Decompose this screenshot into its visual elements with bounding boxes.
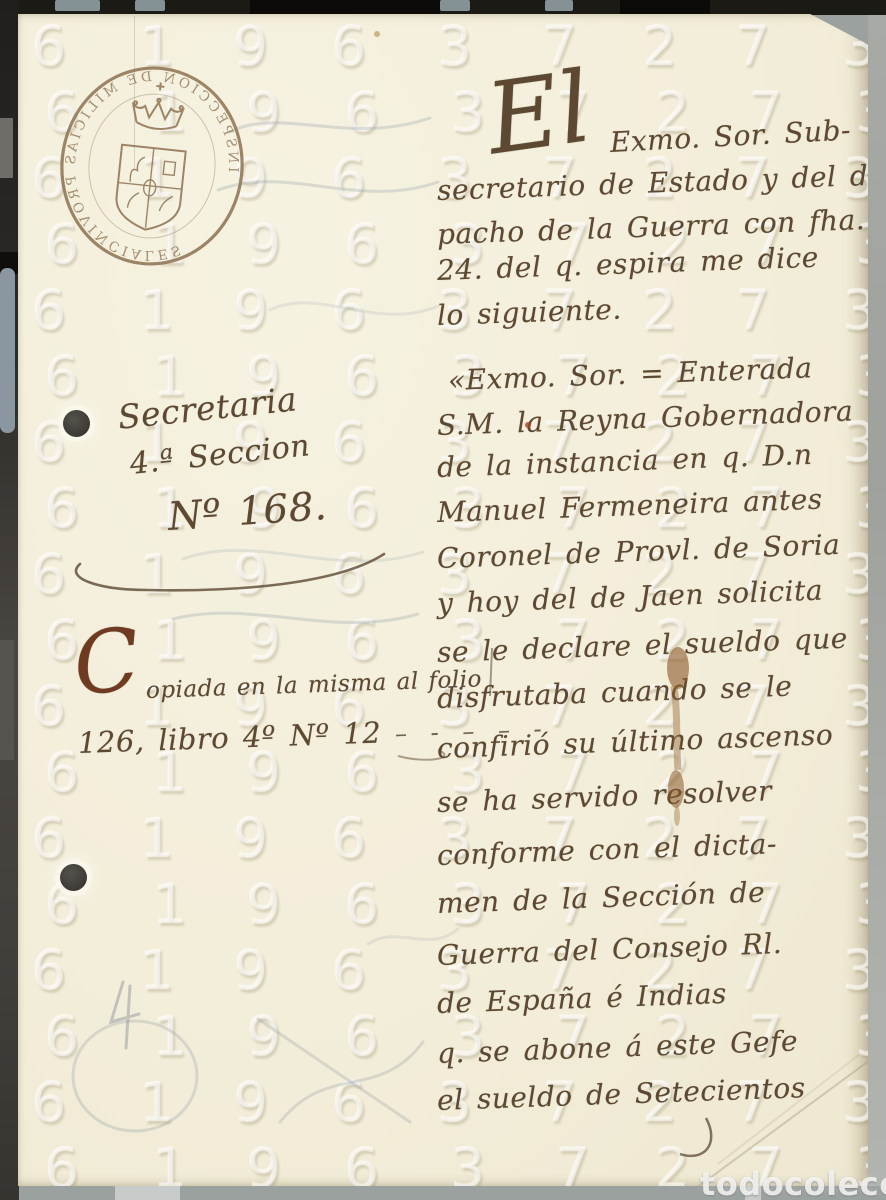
emboss-digit: 6: [345, 350, 380, 405]
emboss-digit: 3: [451, 1142, 486, 1186]
manuscript-line: disfrutaba cuando se le: [436, 670, 792, 715]
emboss-digit: 6: [332, 1076, 367, 1131]
office-line-secretaria: Secretaria: [116, 379, 299, 437]
edge-debris: [55, 0, 100, 11]
punch-hole: [63, 410, 90, 437]
emboss-digit: 6: [332, 944, 367, 999]
office-line-number: Nº 168.: [166, 484, 328, 540]
emboss-digit: 6: [32, 416, 67, 471]
emboss-digit: 9: [247, 218, 282, 273]
scanned-document: 6196372736196372736196372736196372736196…: [0, 0, 886, 1200]
emboss-digit: 6: [345, 218, 380, 273]
emboss-digit: 6: [32, 284, 67, 339]
emboss-digit: 7: [556, 1142, 591, 1186]
official-stamp: INSPECCION DE MILICIAS PROVINCIALES: [43, 50, 260, 281]
emboss-digit: 6: [332, 416, 367, 471]
emboss-digit: 6: [345, 746, 380, 801]
emboss-digit: 2: [643, 20, 678, 75]
emboss-digit: 9: [247, 614, 282, 669]
emboss-digit: 6: [45, 482, 80, 537]
emboss-digit: 6: [45, 1010, 80, 1065]
emboss-digit: 1: [153, 878, 188, 933]
edge-shadow: [620, 0, 710, 15]
emboss-digit: 3: [843, 812, 868, 867]
emboss-digit: 2: [656, 1142, 691, 1186]
emboss-digit: 1: [153, 1010, 188, 1065]
manuscript-line: q. se abone á este Gefe: [436, 1024, 798, 1070]
manuscript-line: men de la Sección de: [436, 876, 765, 920]
manuscript-page: 6196372736196372736196372736196372736196…: [18, 14, 868, 1186]
manuscript-line: Exmo. Sor. Sub-: [609, 113, 852, 159]
emboss-digit: 1: [153, 614, 188, 669]
manuscript-line: y hoy del de Jaen solicita: [436, 574, 823, 620]
emboss-digit: 1: [140, 812, 175, 867]
emboss-digit: 3: [856, 746, 868, 801]
edge-debris: [440, 0, 470, 11]
emboss-digit: 6: [45, 746, 80, 801]
emboss-digit: 3: [856, 878, 868, 933]
stamp-shield-icon: [113, 145, 185, 233]
flourish-underline: [56, 542, 396, 604]
emboss-digit: 3: [843, 284, 868, 339]
emboss-digit: 6: [332, 20, 367, 75]
emboss-digit: 3: [843, 1076, 868, 1131]
emboss-digit: 6: [32, 812, 67, 867]
emboss-digit: 3: [856, 350, 868, 405]
edge-debris: [0, 268, 15, 433]
emboss-digit: 6: [332, 812, 367, 867]
emboss-digit: 6: [45, 350, 80, 405]
manuscript-line: «Exmo. Sor. = Enterada: [447, 351, 813, 397]
manuscript-line: Manuel Fermeneira antes: [436, 483, 823, 529]
edge-highlight: [115, 1186, 180, 1200]
edge-debris: [135, 0, 165, 11]
emboss-digit: 3: [438, 20, 473, 75]
emboss-digit: 3: [856, 86, 868, 141]
body-opening-initial: El: [480, 50, 598, 177]
copy-note-initial: C: [69, 609, 145, 715]
manuscript-line: Coronel de Provl. de Soria: [436, 528, 840, 575]
manuscript-line: el sueldo de Setecientos: [436, 1071, 806, 1117]
emboss-digit: 3: [856, 1010, 868, 1065]
emboss-digit: 9: [234, 1076, 269, 1131]
emboss-digit: 3: [843, 20, 868, 75]
emboss-digit: 9: [247, 1010, 282, 1065]
copy-note-text: 126, libro 4º Nº 12: [77, 715, 381, 760]
emboss-digit: 3: [451, 86, 486, 141]
emboss-digit: 7: [736, 284, 771, 339]
emboss-digit: 6: [45, 1142, 80, 1186]
emboss-digit: 9: [234, 20, 269, 75]
emboss-digit: 9: [247, 878, 282, 933]
office-line-seccion: 4.ª Seccion: [128, 428, 311, 482]
emboss-digit: 1: [140, 944, 175, 999]
emboss-digit: 3: [856, 614, 868, 669]
emboss-digit: 6: [345, 1142, 380, 1186]
scan-edge-right: [868, 0, 886, 1200]
emboss-digit: 1: [140, 1076, 175, 1131]
emboss-digit: 6: [32, 680, 67, 735]
emboss-digit: 3: [843, 548, 868, 603]
edge-debris: [0, 640, 14, 760]
emboss-digit: 6: [32, 20, 67, 75]
emboss-digit: 3: [843, 680, 868, 735]
emboss-digit: 9: [234, 944, 269, 999]
manuscript-line: de España é Indias: [436, 977, 727, 1020]
manuscript-line: Guerra del Consejo Rl.: [436, 927, 782, 972]
emboss-digit: 6: [345, 482, 380, 537]
edge-shadow: [250, 0, 440, 15]
manuscript-line: se le declare el sueldo que: [436, 622, 848, 669]
emboss-digit: 3: [856, 482, 868, 537]
punch-hole: [60, 864, 87, 891]
emboss-digit: 6: [32, 1076, 67, 1131]
emboss-digit: 6: [332, 152, 367, 207]
emboss-digit: 6: [345, 878, 380, 933]
emboss-digit: 6: [345, 614, 380, 669]
manuscript-line: de la instancia en q. D.n: [436, 438, 813, 484]
manuscript-line: S.M. la Reyna Gobernadora: [436, 394, 853, 442]
emboss-digit: 9: [247, 746, 282, 801]
emboss-digit: 3: [843, 944, 868, 999]
emboss-digit: 9: [247, 1142, 282, 1186]
emboss-digit: 9: [234, 284, 269, 339]
emboss-digit: 6: [345, 1010, 380, 1065]
edge-debris: [545, 0, 573, 11]
emboss-digit: 2: [643, 284, 678, 339]
scan-edge-left: [0, 0, 19, 1200]
emboss-digit: 7: [736, 20, 771, 75]
emboss-digit: 6: [345, 86, 380, 141]
manuscript-line: conforme con el dicta-: [436, 827, 777, 872]
emboss-digit: 9: [234, 812, 269, 867]
todocoleccion-watermark: todocoleccion: [700, 1165, 886, 1200]
edge-debris: [0, 118, 13, 178]
emboss-digit: 6: [332, 284, 367, 339]
manuscript-line: lo siguiente.: [436, 293, 622, 332]
emboss-digit: 6: [32, 944, 67, 999]
emboss-digit: 1: [140, 284, 175, 339]
copy-note-line: opiada en la misma al folio: [146, 666, 483, 704]
emboss-digit: 1: [153, 1142, 188, 1186]
scan-edge-top: [0, 0, 886, 15]
manuscript-line: se ha servido resolver: [436, 774, 772, 819]
